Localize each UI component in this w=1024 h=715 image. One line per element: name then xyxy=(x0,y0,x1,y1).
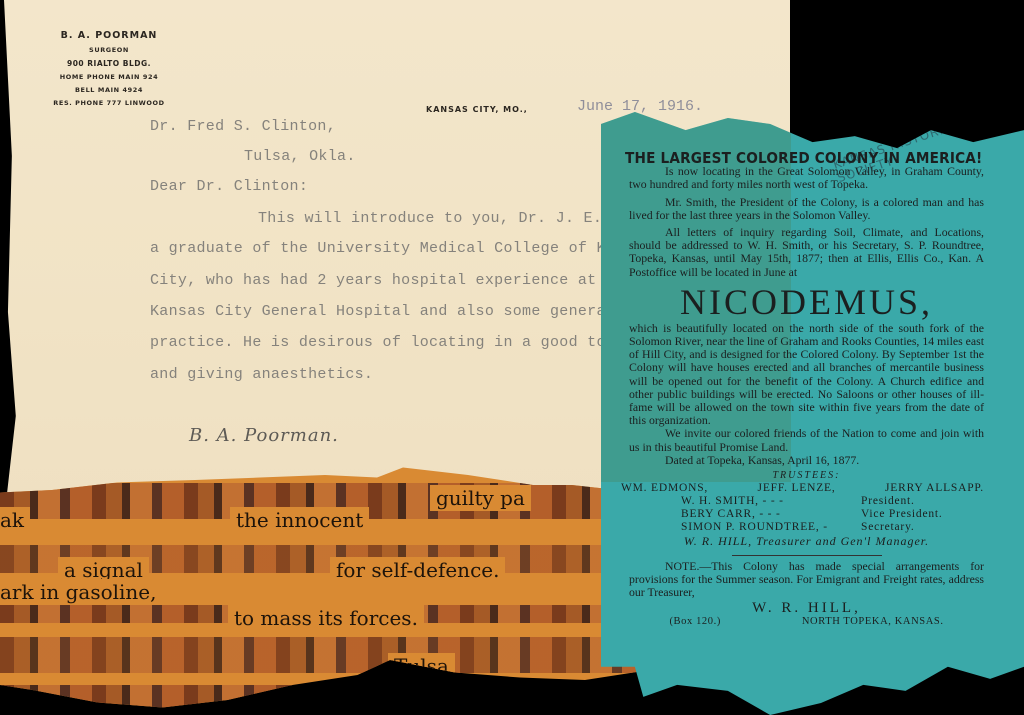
officer-row: SIMON P. ROUNDTREE, - Secretary. xyxy=(681,521,984,534)
officer-role: President. xyxy=(861,495,915,508)
officer-role: Secretary. xyxy=(861,521,915,534)
letterhead: B. A. POORMAN SURGEON 900 RIALTO BLDG. H… xyxy=(34,30,184,107)
letterhead-home-phone: HOME PHONE MAIN 924 xyxy=(34,73,184,81)
body-line: Kansas City General Hospital and also so… xyxy=(150,303,615,320)
letterhead-title: SURGEON xyxy=(34,46,184,54)
letterhead-res-phone: RES. PHONE 777 LINWOOD xyxy=(34,99,184,107)
letterhead-address: 900 RIALTO BLDG. xyxy=(34,59,184,68)
broadside-paragraph: We invite our colored friends of the Nat… xyxy=(629,427,984,453)
signature: B. A. Poorman. xyxy=(189,425,339,446)
trustee: JERRY ALLSAPP. xyxy=(885,482,984,495)
treasurer-line: W. R. HILL, Treasurer and Gen'l Manager. xyxy=(629,535,984,548)
salutation: Dear Dr. Clinton: xyxy=(150,178,308,195)
broadside-paragraph: All letters of inquiry regarding Soil, C… xyxy=(629,226,984,279)
broadside-title: THE LARGEST COLORED COLONY IN AMERICA! xyxy=(625,152,941,165)
officer-role: Vice President. xyxy=(861,508,943,521)
box-number: (Box 120.) xyxy=(669,615,721,628)
letterhead-bell: BELL MAIN 4924 xyxy=(34,86,184,94)
treasurer-name: W. R. HILL, xyxy=(629,602,984,615)
letterhead-name: B. A. POORMAN xyxy=(34,30,184,41)
trustees-row: WM. EDMONS, JEFF. LENZE, JERRY ALLSAPP. xyxy=(621,482,984,495)
recipient-city: Tulsa, Okla. xyxy=(244,148,356,165)
body-line: a graduate of the University Medical Col… xyxy=(150,240,652,257)
officer-row: BERY CARR, - - - Vice President. xyxy=(681,508,984,521)
trustees-label: TRUSTEES: xyxy=(629,469,984,482)
broadside-dated: Dated at Topeka, Kansas, April 16, 1877. xyxy=(629,454,984,467)
officer-name: W. H. SMITH, - - - xyxy=(681,495,861,508)
location: NORTH TOPEKA, KANSAS. xyxy=(802,615,944,628)
newspaper-strip: for self-defence. xyxy=(330,557,505,583)
newspaper-strip: ark in gasoline, xyxy=(0,579,163,605)
newspaper-strip: guilty pa xyxy=(430,485,531,511)
newspaper-collage: guilty pa ak the innocent a signal for s… xyxy=(0,465,650,715)
recipient-name: Dr. Fred S. Clinton, xyxy=(150,118,336,135)
newspaper-strip: to mass its forces. xyxy=(228,605,424,631)
newspaper-strip: ak xyxy=(0,507,30,533)
body-line: practice. He is desirous of locating in … xyxy=(150,334,624,351)
treasurer-address: (Box 120.) NORTH TOPEKA, KANSAS. xyxy=(629,615,984,628)
nicodemus-broadside: KANSAS HISTORICAL SOCIETY THE LARGEST CO… xyxy=(601,112,1024,715)
letter-date: June 17, 1916. xyxy=(577,98,703,115)
broadside-paragraph: Is now locating in the Great Solomon Val… xyxy=(629,165,984,191)
divider xyxy=(732,555,882,556)
photo-band xyxy=(0,685,650,715)
officer-row: W. H. SMITH, - - - President. xyxy=(681,495,984,508)
broadside-note: NOTE.—This Colony has made special arran… xyxy=(629,560,984,600)
trustee: WM. EDMONS, xyxy=(621,482,708,495)
body-line: and giving anaesthetics. xyxy=(150,366,373,383)
broadside-paragraph: which is beautifully located on the nort… xyxy=(629,322,984,428)
newspaper-strip: Tulsa xyxy=(388,653,455,679)
newspaper-strip: the innocent xyxy=(230,507,369,533)
trustee: JEFF. LENZE, xyxy=(758,482,836,495)
officer-name: SIMON P. ROUNDTREE, - xyxy=(681,521,861,534)
body-line: City, who has had 2 years hospital exper… xyxy=(150,272,596,289)
letter-city: KANSAS CITY, MO., xyxy=(426,105,528,114)
officer-name: BERY CARR, - - - xyxy=(681,508,861,521)
photo-band xyxy=(0,637,650,673)
town-name: NICODEMUS, xyxy=(629,282,984,322)
broadside-paragraph: Mr. Smith, the President of the Colony, … xyxy=(629,196,984,222)
